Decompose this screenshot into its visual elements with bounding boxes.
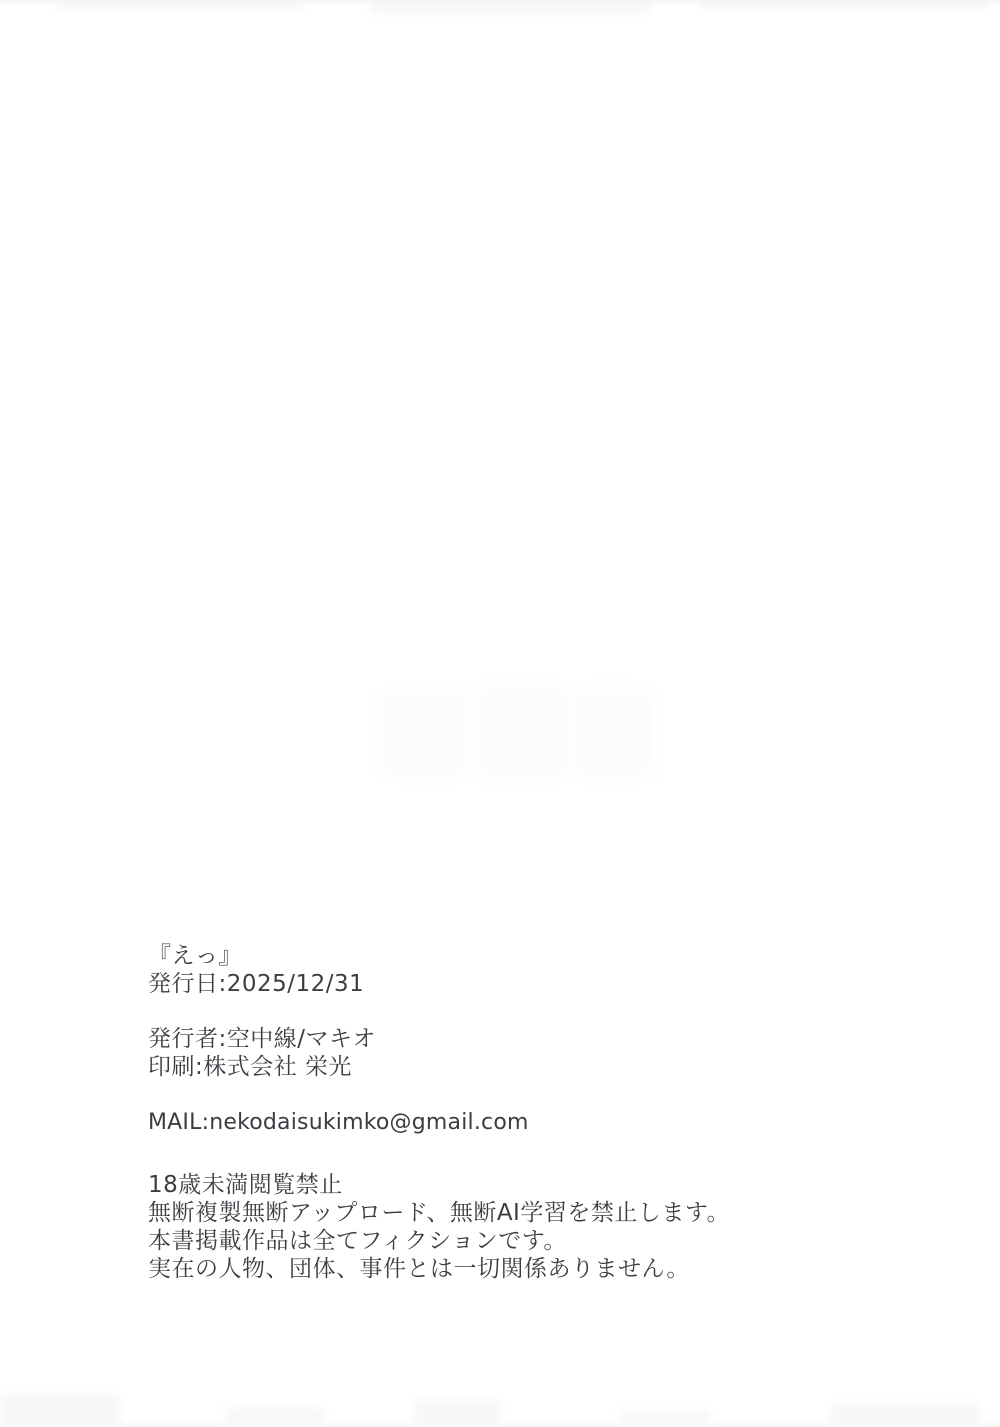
bleedthrough-ghost (383, 692, 467, 776)
scan-artifact-bottom-strip (0, 1421, 1000, 1427)
scan-artifact-bottom-smudge (415, 1400, 500, 1427)
bleedthrough-ghost (572, 690, 652, 776)
notice-line-age-restriction: 18歳未満閲覧禁止 (148, 1171, 730, 1199)
bleedthrough-ghost (478, 687, 564, 777)
scan-artifact-top-smudge (370, 0, 650, 13)
notice-line-fiction: 本書掲載作品は全てフィクションです。 (148, 1227, 730, 1255)
colophon-page: 『えっ』 発行日:2025/12/31 発行者:空中線/マキオ 印刷:株式会社 … (0, 0, 1000, 1427)
notice-line-no-reproduction: 無断複製無断アップロード、無断AI学習を禁止します。 (148, 1199, 730, 1227)
notice-line-no-relation: 実在の人物、団体、事件とは一切関係ありません。 (148, 1255, 730, 1283)
scan-artifact-bottom-smudge (0, 1394, 120, 1427)
scan-artifact-top-smudge (55, 0, 305, 9)
scan-artifact-bottom-smudge (225, 1408, 325, 1427)
book-title: 『えっ』 (148, 942, 730, 970)
contact-mail-line: MAIL:nekodaisukimko@gmail.com (148, 1109, 730, 1137)
scan-artifact-bottom-smudge (830, 1404, 980, 1427)
publish-date-line: 発行日:2025/12/31 (148, 970, 730, 998)
publisher-line: 発行者:空中線/マキオ (148, 1025, 730, 1053)
scan-artifact-top-strip (0, 0, 1000, 5)
scan-artifact-top-smudge (700, 0, 990, 9)
scan-artifact-bottom-smudge (620, 1410, 710, 1427)
printer-line: 印刷:株式会社 栄光 (148, 1053, 730, 1081)
colophon-text-block: 『えっ』 発行日:2025/12/31 発行者:空中線/マキオ 印刷:株式会社 … (148, 942, 730, 1283)
